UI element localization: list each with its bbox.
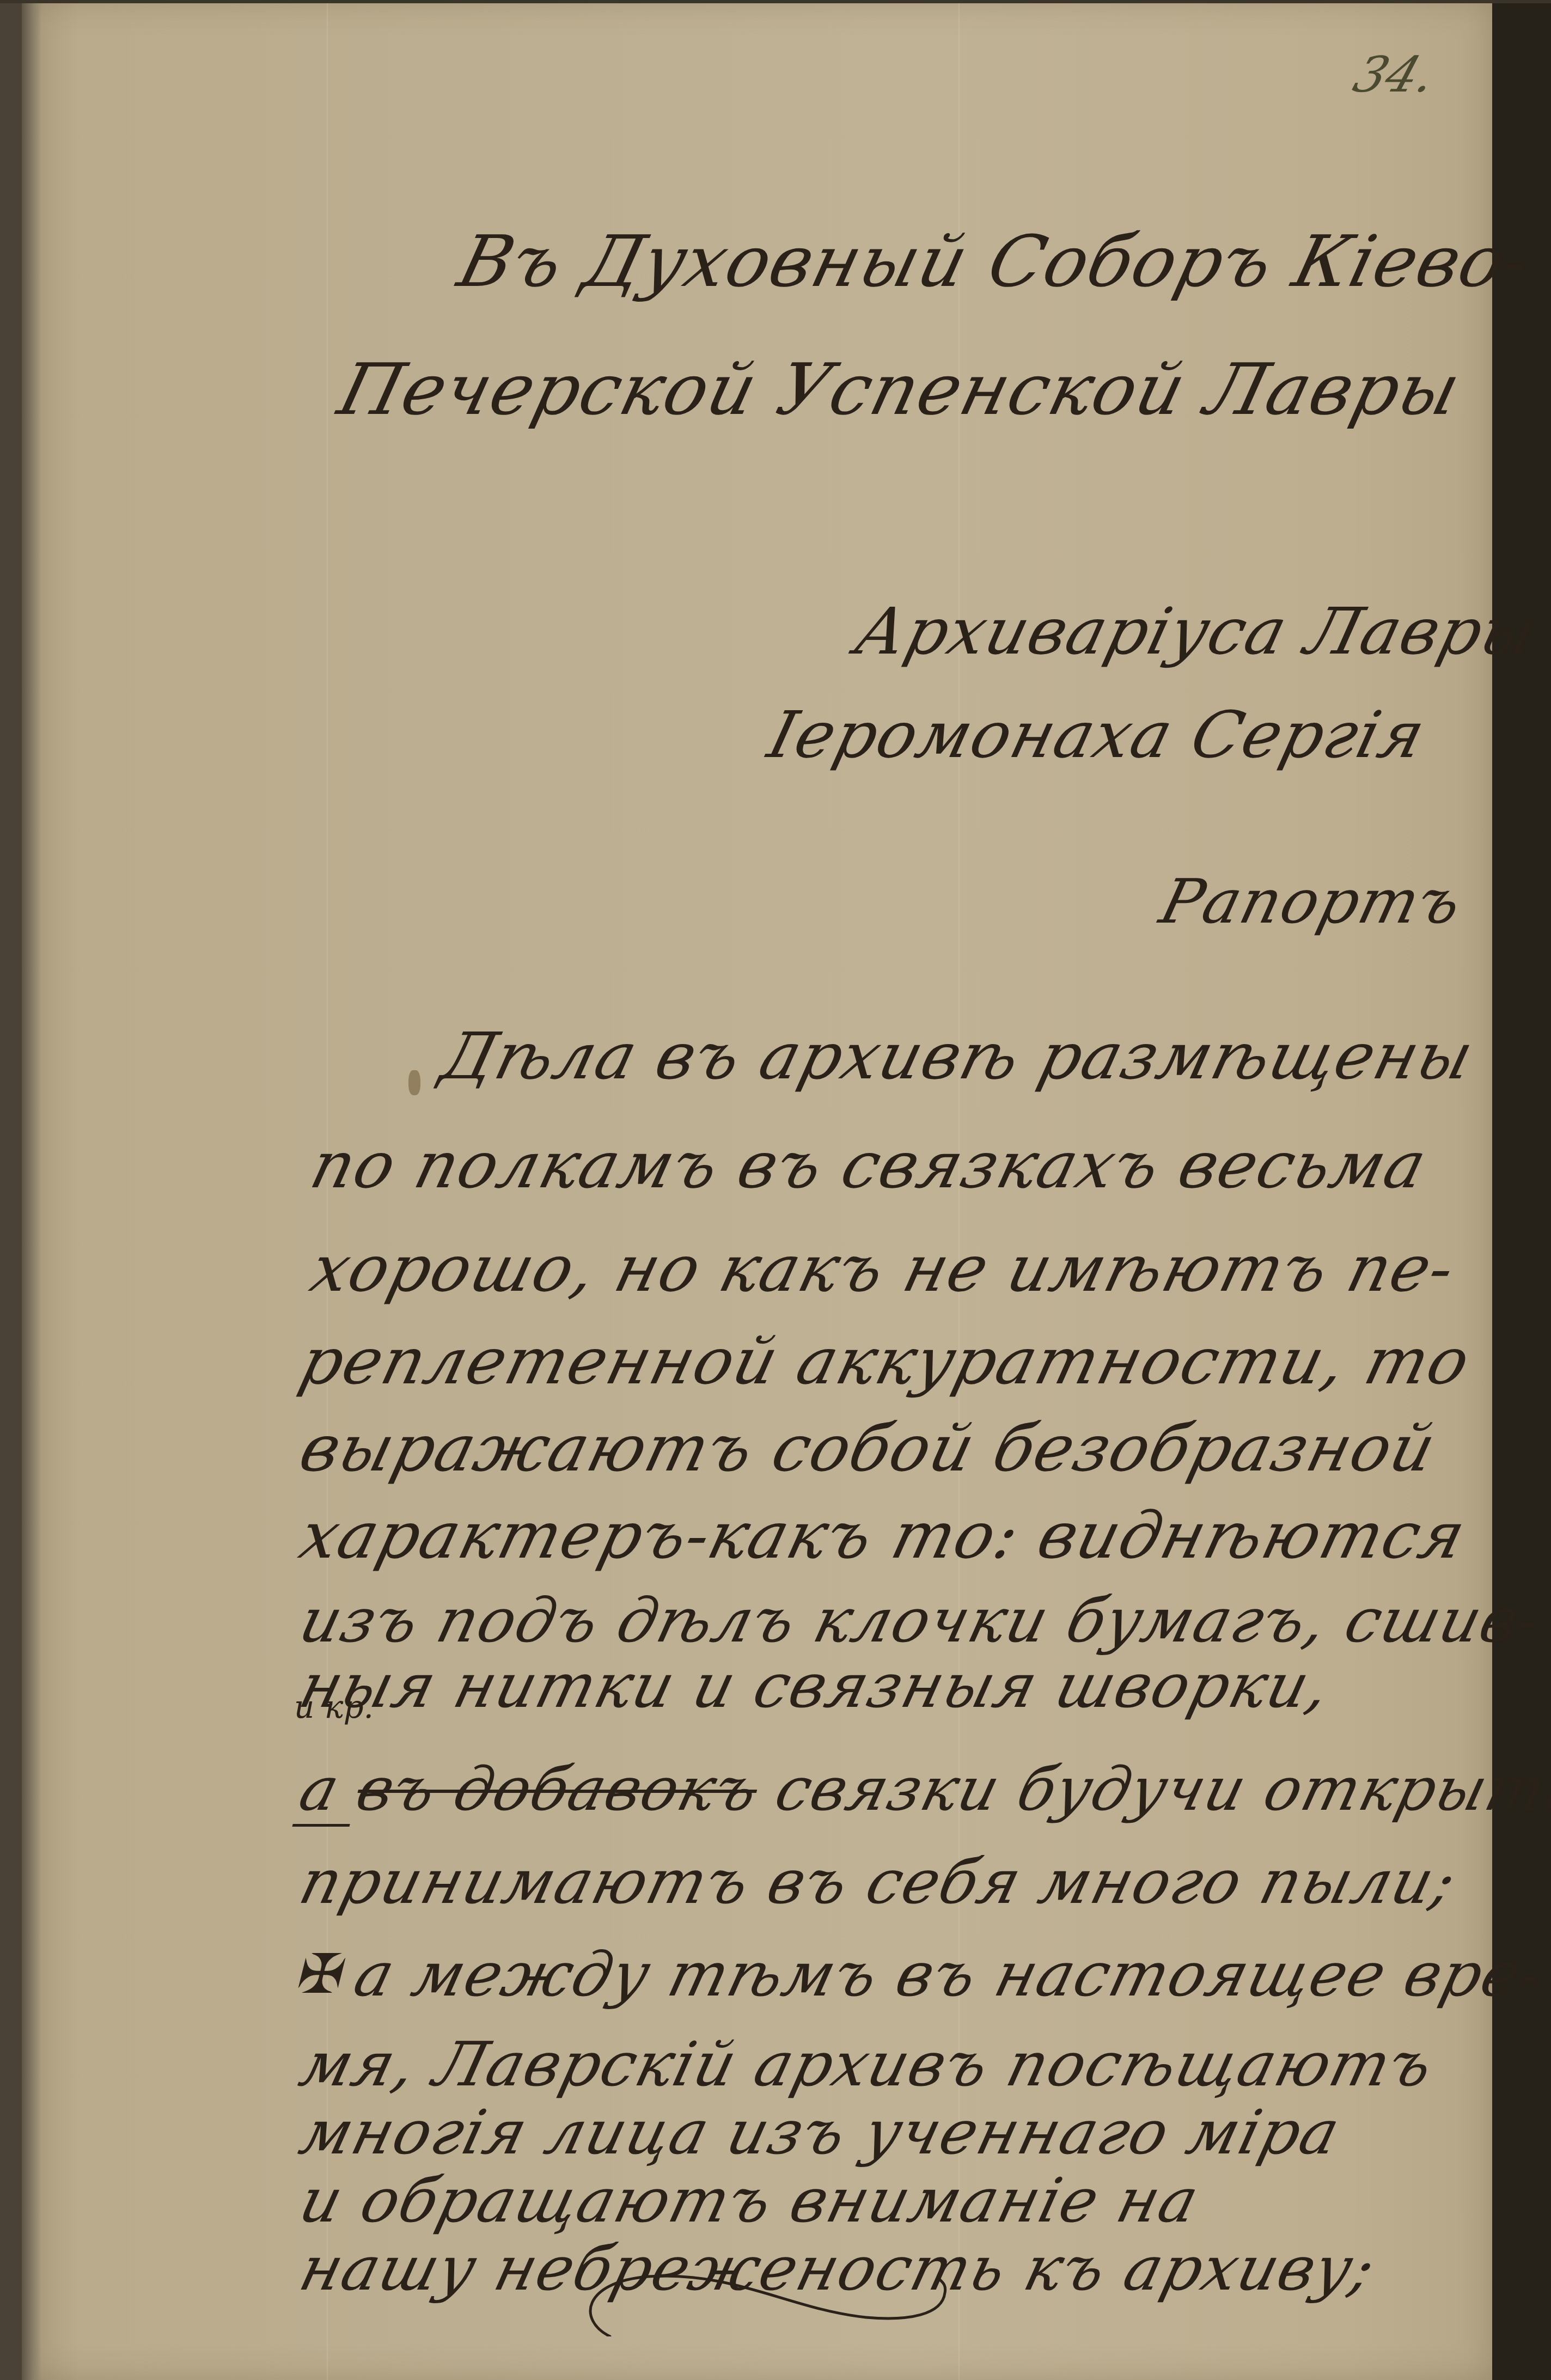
body-line: изъ подъ дѣлъ клочки бумагъ, сшив- xyxy=(294,1590,1547,1651)
body-line: выражаютъ собой безобразной xyxy=(294,1416,1442,1480)
address-line-1: Въ Духовный Соборъ Кіево- xyxy=(452,226,1538,297)
interlinear-insertion: и кр. xyxy=(294,1688,374,1725)
body-line: характеръ-какъ то: виднѣются xyxy=(294,1503,1472,1567)
sender-line-1: Архиваріуса Лавры xyxy=(850,599,1544,663)
body-line: многія лица изъ ученнаго міра xyxy=(294,2102,1346,2163)
body-line: а между тѣмъ въ настоящее вре- xyxy=(349,1944,1549,2005)
scan-background xyxy=(1492,0,1551,2380)
address-line-2: Печерской Успенской Лавры xyxy=(332,354,1468,425)
body-line: принимаютъ въ себя много пыли; xyxy=(294,1852,1462,1913)
body-line: реплетенной аккуратности, то xyxy=(294,1329,1477,1393)
ink-stain xyxy=(408,1070,420,1095)
body-line: Дѣла въ архивѣ размѣщены xyxy=(436,1024,1480,1088)
closing-flourish-icon xyxy=(561,2260,975,2336)
page-binding-edge xyxy=(0,0,22,2380)
sender-line-2: Іеромонаха Сергія xyxy=(762,703,1432,767)
body-line: мя, Лаврскій архивъ посѣщаютъ xyxy=(294,2034,1439,2095)
margin-mark: ✠ xyxy=(294,1947,341,2001)
report-heading: Рапортъ xyxy=(1155,871,1468,932)
body-line: по полкамъ въ связкахъ весьма xyxy=(305,1133,1433,1197)
scan-top-edge xyxy=(0,0,1551,3)
struck-text: въ добавокъ xyxy=(350,1754,766,1824)
body-line-with-strikethrough: а въ добавокъ связки будучи открыты xyxy=(294,1759,1551,1819)
body-line: и обращаютъ вниманіе на xyxy=(294,2170,1205,2231)
body-line: ныя нитки и связныя шворки, xyxy=(294,1656,1336,1717)
body-line-tail: связки будучи открыты xyxy=(749,1754,1551,1824)
body-line: хорошо, но какъ не имѣютъ пе- xyxy=(305,1236,1462,1301)
